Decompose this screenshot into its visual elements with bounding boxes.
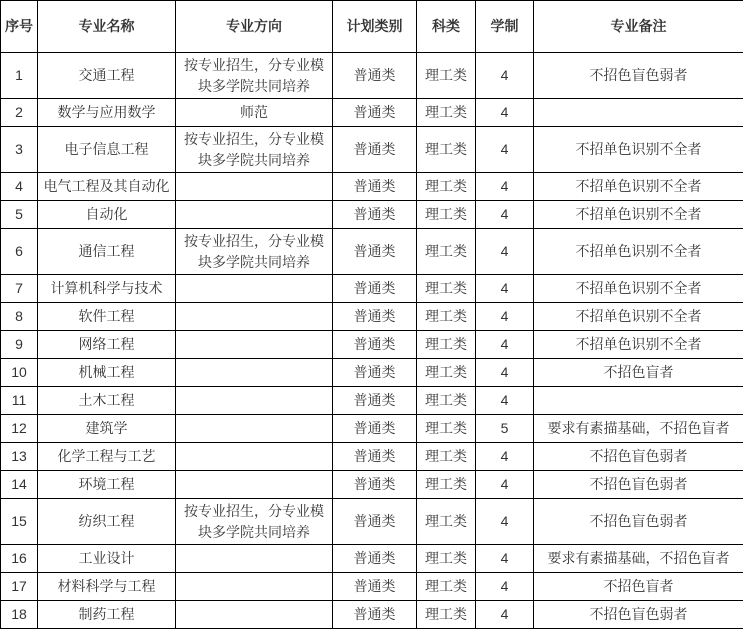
cell-years: 4 [476, 443, 534, 471]
cell-major: 电气工程及其自动化 [38, 173, 176, 201]
table-row: 17材料科学与工程普通类理工类4不招色盲者 [1, 573, 743, 601]
cell-major: 电子信息工程 [38, 127, 176, 173]
cell-index: 5 [1, 201, 38, 229]
cell-subject: 理工类 [417, 99, 476, 127]
cell-subject: 理工类 [417, 443, 476, 471]
table-row: 3电子信息工程按专业招生，分专业模块多学院共同培养普通类理工类4不招单色识别不全… [1, 127, 743, 173]
cell-direction [176, 545, 333, 573]
cell-plan: 普通类 [333, 53, 417, 99]
cell-years: 4 [476, 499, 534, 545]
cell-years: 4 [476, 545, 534, 573]
cell-direction [176, 387, 333, 415]
cell-years: 4 [476, 229, 534, 275]
cell-subject: 理工类 [417, 601, 476, 629]
cell-index: 1 [1, 53, 38, 99]
cell-years: 4 [476, 173, 534, 201]
cell-years: 4 [476, 53, 534, 99]
cell-remark: 不招单色识别不全者 [534, 127, 743, 173]
cell-years: 4 [476, 99, 534, 127]
table-header: 序号专业名称专业方向计划类别科类学制专业备注 [1, 1, 743, 53]
cell-remark: 不招色盲色弱者 [534, 53, 743, 99]
cell-plan: 普通类 [333, 387, 417, 415]
cell-major: 材料科学与工程 [38, 573, 176, 601]
table-row: 7计算机科学与技术普通类理工类4不招单色识别不全者 [1, 275, 743, 303]
cell-index: 12 [1, 415, 38, 443]
cell-direction [176, 443, 333, 471]
cell-index: 9 [1, 331, 38, 359]
table-row: 2数学与应用数学师范普通类理工类4 [1, 99, 743, 127]
cell-index: 11 [1, 387, 38, 415]
cell-index: 7 [1, 275, 38, 303]
cell-major: 数学与应用数学 [38, 99, 176, 127]
cell-plan: 普通类 [333, 229, 417, 275]
cell-remark: 要求有素描基础，不招色盲者 [534, 545, 743, 573]
cell-plan: 普通类 [333, 127, 417, 173]
table-row: 8软件工程普通类理工类4不招单色识别不全者 [1, 303, 743, 331]
cell-remark [534, 387, 743, 415]
cell-direction [176, 601, 333, 629]
cell-years: 4 [476, 127, 534, 173]
cell-index: 18 [1, 601, 38, 629]
column-header-subject: 科类 [417, 1, 476, 53]
cell-plan: 普通类 [333, 99, 417, 127]
admission-plan-page: 序号专业名称专业方向计划类别科类学制专业备注 1交通工程按专业招生，分专业模块多… [0, 0, 743, 629]
cell-plan: 普通类 [333, 601, 417, 629]
cell-index: 2 [1, 99, 38, 127]
cell-direction [176, 415, 333, 443]
cell-remark: 不招单色识别不全者 [534, 229, 743, 275]
cell-plan: 普通类 [333, 275, 417, 303]
cell-subject: 理工类 [417, 229, 476, 275]
cell-major: 计算机科学与技术 [38, 275, 176, 303]
cell-major: 土木工程 [38, 387, 176, 415]
cell-subject: 理工类 [417, 573, 476, 601]
cell-years: 5 [476, 415, 534, 443]
table-row: 10机械工程普通类理工类4不招色盲者 [1, 359, 743, 387]
cell-plan: 普通类 [333, 499, 417, 545]
cell-plan: 普通类 [333, 415, 417, 443]
cell-index: 13 [1, 443, 38, 471]
cell-years: 4 [476, 303, 534, 331]
cell-direction: 按专业招生，分专业模块多学院共同培养 [176, 229, 333, 275]
cell-plan: 普通类 [333, 545, 417, 573]
cell-major: 化学工程与工艺 [38, 443, 176, 471]
column-header-remark: 专业备注 [534, 1, 743, 53]
header-row: 序号专业名称专业方向计划类别科类学制专业备注 [1, 1, 743, 53]
cell-major: 通信工程 [38, 229, 176, 275]
cell-subject: 理工类 [417, 201, 476, 229]
cell-index: 16 [1, 545, 38, 573]
cell-subject: 理工类 [417, 471, 476, 499]
cell-remark: 不招单色识别不全者 [534, 275, 743, 303]
cell-remark: 不招色盲色弱者 [534, 601, 743, 629]
cell-remark: 要求有素描基础，不招色盲者 [534, 415, 743, 443]
cell-subject: 理工类 [417, 387, 476, 415]
cell-remark: 不招色盲者 [534, 573, 743, 601]
cell-index: 17 [1, 573, 38, 601]
cell-subject: 理工类 [417, 499, 476, 545]
cell-major: 制药工程 [38, 601, 176, 629]
cell-years: 4 [476, 387, 534, 415]
table-row: 1交通工程按专业招生，分专业模块多学院共同培养普通类理工类4不招色盲色弱者 [1, 53, 743, 99]
cell-major: 工业设计 [38, 545, 176, 573]
cell-direction [176, 471, 333, 499]
cell-plan: 普通类 [333, 303, 417, 331]
cell-direction [176, 573, 333, 601]
column-header-index: 序号 [1, 1, 38, 53]
cell-direction [176, 201, 333, 229]
cell-remark [534, 99, 743, 127]
cell-index: 8 [1, 303, 38, 331]
cell-subject: 理工类 [417, 415, 476, 443]
cell-subject: 理工类 [417, 275, 476, 303]
cell-years: 4 [476, 201, 534, 229]
table-row: 9网络工程普通类理工类4不招单色识别不全者 [1, 331, 743, 359]
cell-direction [176, 331, 333, 359]
cell-plan: 普通类 [333, 573, 417, 601]
cell-major: 网络工程 [38, 331, 176, 359]
table-row: 11土木工程普通类理工类4 [1, 387, 743, 415]
cell-direction: 按专业招生，分专业模块多学院共同培养 [176, 53, 333, 99]
cell-index: 15 [1, 499, 38, 545]
cell-index: 4 [1, 173, 38, 201]
cell-plan: 普通类 [333, 201, 417, 229]
cell-major: 交通工程 [38, 53, 176, 99]
cell-direction [176, 173, 333, 201]
column-header-direction: 专业方向 [176, 1, 333, 53]
cell-plan: 普通类 [333, 359, 417, 387]
cell-major: 纺织工程 [38, 499, 176, 545]
column-header-plan: 计划类别 [333, 1, 417, 53]
table-row: 12建筑学普通类理工类5要求有素描基础，不招色盲者 [1, 415, 743, 443]
cell-major: 软件工程 [38, 303, 176, 331]
column-header-years: 学制 [476, 1, 534, 53]
table-row: 6通信工程按专业招生，分专业模块多学院共同培养普通类理工类4不招单色识别不全者 [1, 229, 743, 275]
cell-subject: 理工类 [417, 331, 476, 359]
cell-years: 4 [476, 359, 534, 387]
column-header-major: 专业名称 [38, 1, 176, 53]
cell-years: 4 [476, 573, 534, 601]
cell-remark: 不招单色识别不全者 [534, 201, 743, 229]
cell-remark: 不招色盲色弱者 [534, 471, 743, 499]
cell-direction: 按专业招生，分专业模块多学院共同培养 [176, 127, 333, 173]
table-row: 18制药工程普通类理工类4不招色盲色弱者 [1, 601, 743, 629]
cell-index: 6 [1, 229, 38, 275]
table-row: 13化学工程与工艺普通类理工类4不招色盲色弱者 [1, 443, 743, 471]
cell-subject: 理工类 [417, 127, 476, 173]
cell-subject: 理工类 [417, 359, 476, 387]
cell-direction [176, 303, 333, 331]
cell-plan: 普通类 [333, 331, 417, 359]
cell-major: 建筑学 [38, 415, 176, 443]
cell-major: 自动化 [38, 201, 176, 229]
cell-years: 4 [476, 601, 534, 629]
cell-index: 10 [1, 359, 38, 387]
cell-remark: 不招单色识别不全者 [534, 331, 743, 359]
cell-index: 14 [1, 471, 38, 499]
table-row: 4电气工程及其自动化普通类理工类4不招单色识别不全者 [1, 173, 743, 201]
cell-remark: 不招色盲色弱者 [534, 443, 743, 471]
cell-plan: 普通类 [333, 173, 417, 201]
cell-subject: 理工类 [417, 303, 476, 331]
cell-direction [176, 359, 333, 387]
table-row: 14环境工程普通类理工类4不招色盲色弱者 [1, 471, 743, 499]
cell-remark: 不招单色识别不全者 [534, 173, 743, 201]
table-row: 5自动化普通类理工类4不招单色识别不全者 [1, 201, 743, 229]
cell-years: 4 [476, 275, 534, 303]
cell-index: 3 [1, 127, 38, 173]
cell-remark: 不招色盲者 [534, 359, 743, 387]
cell-direction [176, 275, 333, 303]
cell-major: 环境工程 [38, 471, 176, 499]
cell-direction: 按专业招生，分专业模块多学院共同培养 [176, 499, 333, 545]
cell-remark: 不招单色识别不全者 [534, 303, 743, 331]
table-row: 16工业设计普通类理工类4要求有素描基础，不招色盲者 [1, 545, 743, 573]
cell-years: 4 [476, 331, 534, 359]
cell-direction: 师范 [176, 99, 333, 127]
table-body: 1交通工程按专业招生，分专业模块多学院共同培养普通类理工类4不招色盲色弱者2数学… [1, 53, 743, 629]
admission-plan-table: 序号专业名称专业方向计划类别科类学制专业备注 1交通工程按专业招生，分专业模块多… [0, 0, 743, 629]
cell-plan: 普通类 [333, 471, 417, 499]
cell-subject: 理工类 [417, 53, 476, 99]
cell-subject: 理工类 [417, 545, 476, 573]
table-row: 15纺织工程按专业招生，分专业模块多学院共同培养普通类理工类4不招色盲色弱者 [1, 499, 743, 545]
cell-plan: 普通类 [333, 443, 417, 471]
cell-major: 机械工程 [38, 359, 176, 387]
cell-years: 4 [476, 471, 534, 499]
cell-subject: 理工类 [417, 173, 476, 201]
cell-remark: 不招色盲色弱者 [534, 499, 743, 545]
